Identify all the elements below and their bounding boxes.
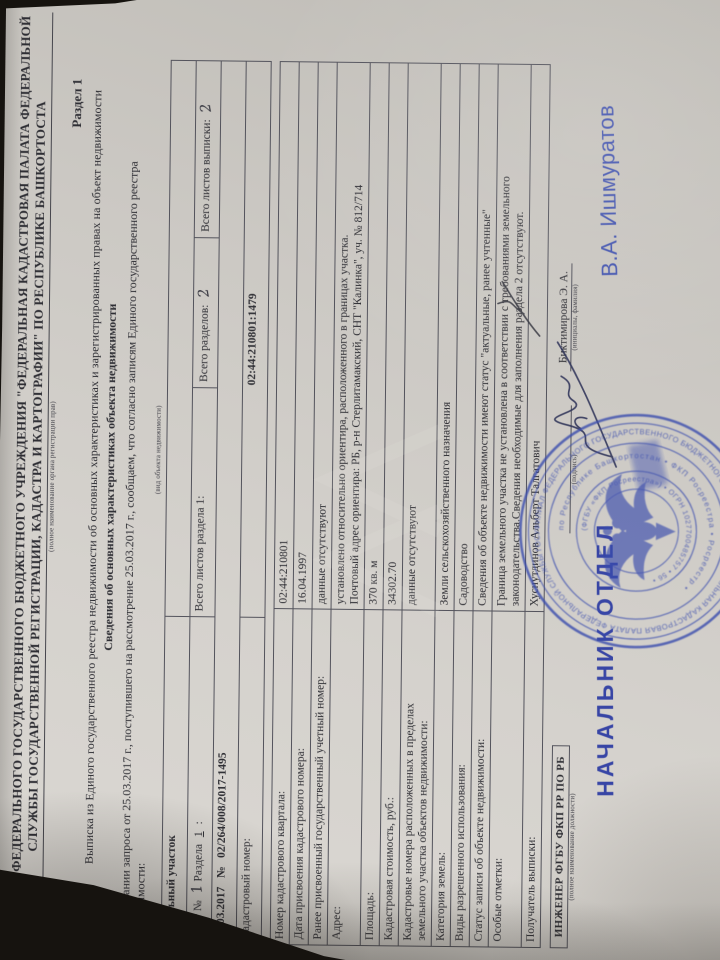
cadastral-number-value: 02:44:210801:1479 bbox=[240, 61, 271, 618]
position-title: ИНЖЕНЕР ФГБУ ФКП РР ПО РБ bbox=[550, 745, 570, 948]
total-sheets-cell: Всего листов выписки: 2 bbox=[194, 61, 221, 238]
handwritten-name: В.А. Ишмуратов bbox=[593, 105, 623, 278]
object-type-cell: Земельный участок bbox=[161, 617, 190, 944]
document-paper: ФИЛИАЛ ФЕДЕРАЛЬНОГО ГОСУДАРСТВЕННОГО БЮД… bbox=[0, 0, 720, 960]
position-title-block: ИНЖЕНЕР ФГБУ ФКП РР ПО РБ (полное наимен… bbox=[550, 745, 577, 948]
sheet-no-handwritten: 1 bbox=[189, 883, 207, 895]
row-label: Кадастровые номера расположенных в преде… bbox=[398, 610, 435, 946]
total-sections-cell: Всего разделов: 2 bbox=[193, 237, 220, 387]
total-sections-handwritten: 2 bbox=[195, 287, 213, 299]
total-sections-label: Всего разделов: bbox=[198, 305, 211, 382]
photo-scene: ФИЛИАЛ ФЕДЕРАЛЬНОГО ГОСУДАРСТВЕННОГО БЮД… bbox=[0, 0, 720, 960]
recipient-mark bbox=[490, 273, 551, 344]
request-number: 02/264/008/2017-1495 bbox=[216, 752, 229, 858]
cadastral-number-label: Кадастровый номер: bbox=[236, 617, 265, 944]
sheet-prefix: Лист № bbox=[192, 900, 204, 938]
section-no: 1 bbox=[193, 827, 205, 841]
row-label: Особые отметки: bbox=[488, 611, 525, 947]
row-label: Адрес: bbox=[327, 610, 364, 946]
document-page: ФИЛИАЛ ФЕДЕРАЛЬНОГО ГОСУДАРСТВЕННОГО БЮД… bbox=[0, 0, 720, 960]
sheet-info-table: Земельный участок Лист № 1 Раздела 1 : В… bbox=[161, 60, 272, 945]
total-sheets-handwritten: 2 bbox=[198, 102, 216, 114]
total-sheets-label: Всего листов выписки: bbox=[200, 119, 213, 232]
number-sign: № bbox=[215, 866, 227, 878]
row-label: Получатель выписки: bbox=[521, 612, 544, 948]
position-caption: (полное наименование должности) bbox=[568, 793, 576, 900]
sheet-cell: Лист № 1 Раздела 1 : bbox=[186, 617, 215, 944]
official-round-stamp: ФИЛИАЛ ФЕДЕРАЛЬНОГО ГОСУДАРСТВЕННОГО БЮД… bbox=[503, 398, 720, 665]
watermark bbox=[298, 409, 460, 631]
total-sheets-section-cell: Всего листов раздела 1: bbox=[190, 387, 218, 617]
sheet-colon: : bbox=[193, 821, 205, 824]
sheet-mid: Раздела bbox=[192, 844, 204, 882]
request-date: 28.03.2017 bbox=[215, 887, 228, 939]
